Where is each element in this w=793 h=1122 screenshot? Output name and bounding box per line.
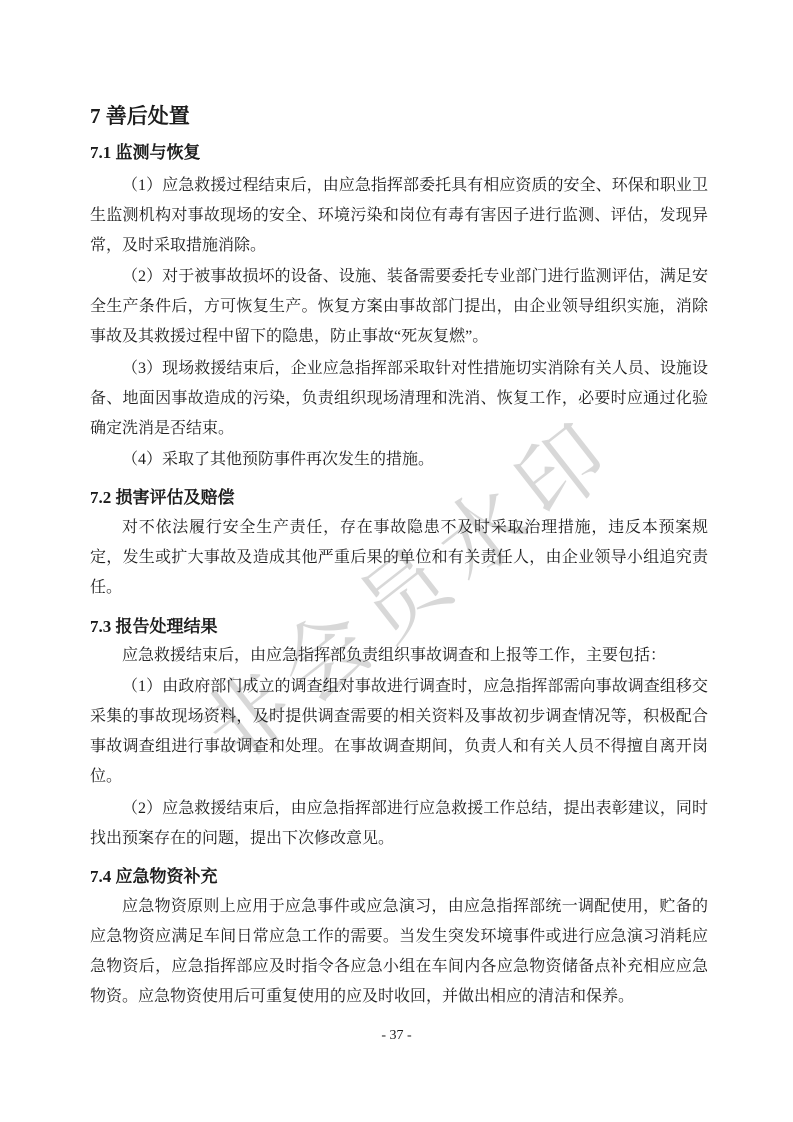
paragraph-7-3-2: （1）由政府部门成立的调查组对事故进行调查时，应急指挥部需向事故调查组移交采集的… [90, 672, 708, 792]
page-number: - 37 - [0, 1029, 793, 1043]
document-title: 7 善后处置 [90, 106, 708, 127]
section-heading-7-2: 7.2 损害评估及赔偿 [90, 489, 708, 506]
paragraph-7-3-1: 应急救援结束后，由应急指挥部负责组织事故调查和上报等工作，主要包括： [90, 641, 708, 671]
paragraph-7-3-3: （2）应急救援结束后，由应急指挥部进行应急救援工作总结，提出表彰建议，同时找出预… [90, 794, 708, 854]
section-heading-7-1: 7.1 监测与恢复 [90, 144, 708, 161]
paragraph-7-4-1: 应急物资原则上应用于应急事件或应急演习，由应急指挥部统一调配使用，贮备的应急物资… [90, 892, 708, 1012]
section-heading-7-3: 7.3 报告处理结果 [90, 618, 708, 635]
paragraph-7-2-1: 对不依法履行安全生产责任，存在事故隐患不及时采取治理措施，违反本预案规定，发生或… [90, 513, 708, 603]
paragraph-7-1-1: （1）应急救援过程结束后，由应急指挥部委托具有相应资质的安全、环保和职业卫生监测… [90, 171, 708, 261]
paragraph-7-1-2: （2）对于被事故损坏的设备、设施、装备需要委托专业部门进行监测评估，满足安全生产… [90, 262, 708, 352]
document-page: 非会员水印 7 善后处置 7.1 监测与恢复 （1）应急救援过程结束后，由应急指… [0, 0, 793, 1122]
paragraph-7-1-4: （4）采取了其他预防事件再次发生的措施。 [90, 445, 708, 475]
section-heading-7-4: 7.4 应急物资补充 [90, 868, 708, 885]
paragraph-7-1-3: （3）现场救援结束后，企业应急指挥部采取针对性措施切实消除有关人员、设施设备、地… [90, 354, 708, 444]
